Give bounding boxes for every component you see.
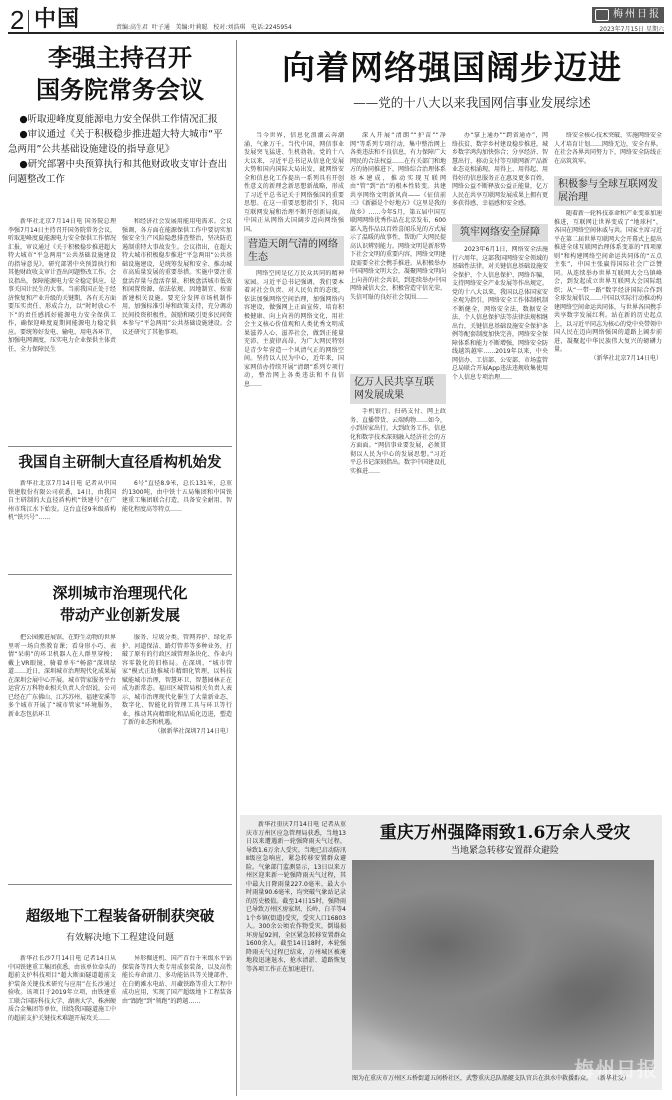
paragraph: 网络空间是亿万民众共同的精神家园。习近平总书记强调，我们要本着对社会负责、对人民… — [244, 270, 344, 389]
paragraph: 新华社长沙7月14日电 记者14日从中国铁建重工集团获悉，由该单位牵头的超前支护… — [8, 955, 116, 1023]
issue-date: 2023年7月15日 星期六 — [599, 24, 664, 33]
paragraph: 新华社北京7月14日电 国务院总理李强7月14日主持召开国务院常务会议，听取迎峰… — [8, 218, 116, 354]
masthead-divider — [28, 10, 29, 32]
story-underground-subheadline: 有效解决地下工程建设问题 — [8, 932, 232, 945]
paragraph: 和经济社会发展用能用电需求。会议强调，各方面在能源保供工作中要切实加强安全生产风… — [122, 218, 232, 337]
story-chongqing-body: 新华社重庆7月14日电 记者从重庆市万州区应急管理局获悉，当地13日以来遭遇新一… — [246, 821, 346, 1083]
story-tunnel-body-col1: 新华社北京7月14日电 记者从中国铁建股份有限公司获悉，14日，由我国自主研制的… — [8, 480, 116, 572]
story-cyber-col1b: 网络空间是亿万民众共同的精神家园。习近平总书记强调，我们要本着对社会负责、对人民… — [244, 270, 344, 800]
paragraph: 异形掘进机、国产首台千米级水平钻探装备等四大类专用成套装备，以及高性能长寿命滚刀… — [122, 955, 232, 1006]
story-tunnel-body-col2: 6号”直径8.9米，总长131米，总重约1300吨，由中铁十五局集团和中国铁建重… — [122, 480, 232, 572]
story-state-council-headline: 李强主持召开 国务院常务会议 — [8, 42, 232, 106]
page-number: 2 — [10, 6, 24, 34]
paragraph: 把公园搬进展馆，在野生动物的世界里听一场自然教育课；看身形小巧、表情“呆萌”的环… — [8, 634, 116, 719]
story-cyber-col2: 深入开展“清朗”“护苗”“净网”等系列专项行动，集中整治网上各类违法和不良信息，… — [350, 132, 446, 370]
story-underground-headline: 超级地下工程装备研制获突破 — [8, 906, 232, 928]
story-divider — [8, 884, 232, 885]
column-divider — [236, 40, 237, 1096]
story-cyber-headline: 向着网络强国阔步迈进 — [240, 46, 664, 90]
story-state-council-bullets: ●听取迎峰度夏能源电力安全保供工作情况汇报 ●审议通过《关于积极稳步推进超大特大… — [8, 112, 232, 187]
headline-line: 深圳城市治理现代化 — [8, 582, 232, 604]
paragraph: 服务、垃圾分类、管网养护、绿化养护、河道保洁、路灯管养等多种业务，打破了原有的行… — [122, 634, 232, 728]
paragraph: 6号”直径8.9米，总长131米，总重约1300吨，由中铁十五局集团和中国铁建重… — [122, 480, 232, 514]
story-state-council-body-col2: 和经济社会发展用能用电需求。会议强调，各方面在能源保供工作中要切实加强安全生产风… — [122, 218, 232, 444]
story-divider — [8, 574, 232, 575]
subhead-network-ecology: 营造天朗气清的网络生态 — [244, 236, 344, 266]
paragraph: 手机银行、扫码支付、网上政务、直播带货、云端购物……如今，小到居家出行，大到政务… — [350, 408, 446, 476]
headline-line: 国务院常务会议 — [8, 74, 232, 106]
story-shenzhen-body-col1: 把公园搬进展馆，在野生动物的世界里听一场自然教育课；看身形小巧、表情“呆萌”的环… — [8, 634, 116, 882]
paragraph: 络安全核心技术突破、实施网络安全人才培育计划……网络无边，安全有界。在社会各界共… — [554, 132, 662, 166]
paragraph: 随着新一轮科技革命和产业变革加速推进，互联网让世界变成了“地球村”，各国在网络空… — [554, 210, 662, 355]
bullet-point: ●审议通过《关于积极稳步推进超大特大城市“平急两用”公共基础设施建设的指导意见》 — [8, 127, 232, 157]
story-tunnel-headline: 我国自主研制大直径盾构机始发 — [8, 452, 232, 474]
paragraph: 新华社北京7月14日电 记者从中国铁建股份有限公司获悉，14日，由我国自主研制的… — [8, 480, 116, 523]
subhead-security: 筑牢网络安全屏障 — [452, 224, 548, 242]
newspaper-name: 梅州日报 — [613, 9, 661, 20]
subhead-share-results: 亿万人民共享互联网发展成果 — [350, 374, 446, 404]
story-chongqing-subheadline: 当地紧急转移安置群众避险 — [352, 845, 658, 858]
story-chongqing-headline: 重庆万州强降雨致1.6万余人受灾 — [352, 821, 658, 845]
story-cyber-col3: 办“掌上通办”“跨省通办”，网络扶贫、数字乡村建设稳步推进，城乡数字鸿沟加快弥合… — [452, 132, 548, 222]
story-shenzhen-headline: 深圳城市治理现代化 带动产业创新发展 — [8, 582, 232, 626]
page-masthead: 2 中国 责编:高生君 叶子通 美编:叶莉聪 校对:刘浩琪 电话:2245954… — [8, 6, 664, 34]
story-state-council-body-col1: 新华社北京7月14日电 国务院总理李强7月14日主持召开国务院常务会议，听取迎峰… — [8, 218, 116, 444]
article-signoff: （据新华社深圳7月14日电） — [122, 728, 232, 737]
story-cyber-col2b: 手机银行、扫码支付、网上政务、直播带货、云端购物……如今，小到居家出行，大到政务… — [350, 408, 446, 800]
flood-rescue-photo — [352, 860, 654, 1070]
newspaper-logo: 梅州日报 — [592, 7, 664, 23]
watermark-logo: 梅州日报 — [574, 1053, 658, 1082]
bullet-point: ●听取迎峰度夏能源电力安全保供工作情况汇报 — [8, 112, 232, 127]
story-cyber-col1: 当今世界，信息化浪潮云奔潮涌、气象万千。当代中国，网信事业发展突飞猛进、生机勃勃… — [244, 132, 344, 232]
story-underground-body-col1: 新华社长沙7月14日电 记者14日从中国铁建重工集团获悉，由该单位牵头的超前支护… — [8, 955, 116, 1095]
bullet-point: ●研究部署中央预算执行和其他财政收支审计查出问题整改工作 — [8, 157, 232, 187]
headline-line: 带动产业创新发展 — [8, 604, 232, 626]
story-cyber-col4b: 随着新一轮科技革命和产业变革加速推进，互联网让世界变成了“地球村”，各国在网络空… — [554, 210, 662, 800]
paragraph: 新华社重庆7月14日电 记者从重庆市万州区应急管理局获悉，当地13日以来遭遇新一… — [246, 821, 346, 974]
story-divider — [8, 446, 232, 447]
story-underground-body-col2: 异形掘进机、国产首台千米级水平钻探装备等四大类专用成套装备，以及高性能长寿命滚刀… — [122, 955, 232, 1095]
paragraph: 办“掌上通办”“跨省通办”，网络扶贫、数字乡村建设稳步推进，城乡数字鸿沟加快弥合… — [452, 132, 548, 209]
story-shenzhen-body-col2: 服务、垃圾分类、管网养护、绿化养护、河道保洁、路灯管养等多种业务，打破了原有的行… — [122, 634, 232, 882]
editor-credits: 责编:高生君 叶子通 美编:叶莉聪 校对:刘浩琪 电话:2245954 — [116, 22, 292, 31]
story-chongqing-box: 新华社重庆7月14日电 记者从重庆市万州区应急管理局获悉，当地13日以来遭遇新一… — [240, 815, 662, 1090]
paragraph: 2023年6月1日，网络安全法施行六周年。这部我国网络安全领域的基础性法律，对关… — [452, 246, 548, 382]
subhead-global-governance: 积极参与全球互联网发展治理 — [554, 176, 662, 206]
paragraph: 当今世界，信息化浪潮云奔潮涌、气象万千。当代中国，网信事业发展突飞猛进、生机勃勃… — [244, 132, 344, 232]
article-signoff: （新华社北京7月14日电） — [554, 355, 662, 364]
story-cyber-subheadline: ——党的十八大以来我国网信事业发展综述 — [240, 94, 664, 112]
paragraph: 深入开展“清朗”“护苗”“净网”等系列专项行动，集中整治网上各类违法和不良信息，… — [350, 132, 446, 302]
logo-book-icon — [595, 9, 609, 21]
section-title: 中国 — [34, 7, 80, 33]
story-cyber-col3b: 2023年6月1日，网络安全法施行六周年。这部我国网络安全领域的基础性法律，对关… — [452, 246, 548, 800]
story-cyber-col4: 络安全核心技术突破、实施网络安全人才培育计划……网络无边，安全有界。在社会各界共… — [554, 132, 662, 174]
headline-line: 李强主持召开 — [8, 42, 232, 74]
